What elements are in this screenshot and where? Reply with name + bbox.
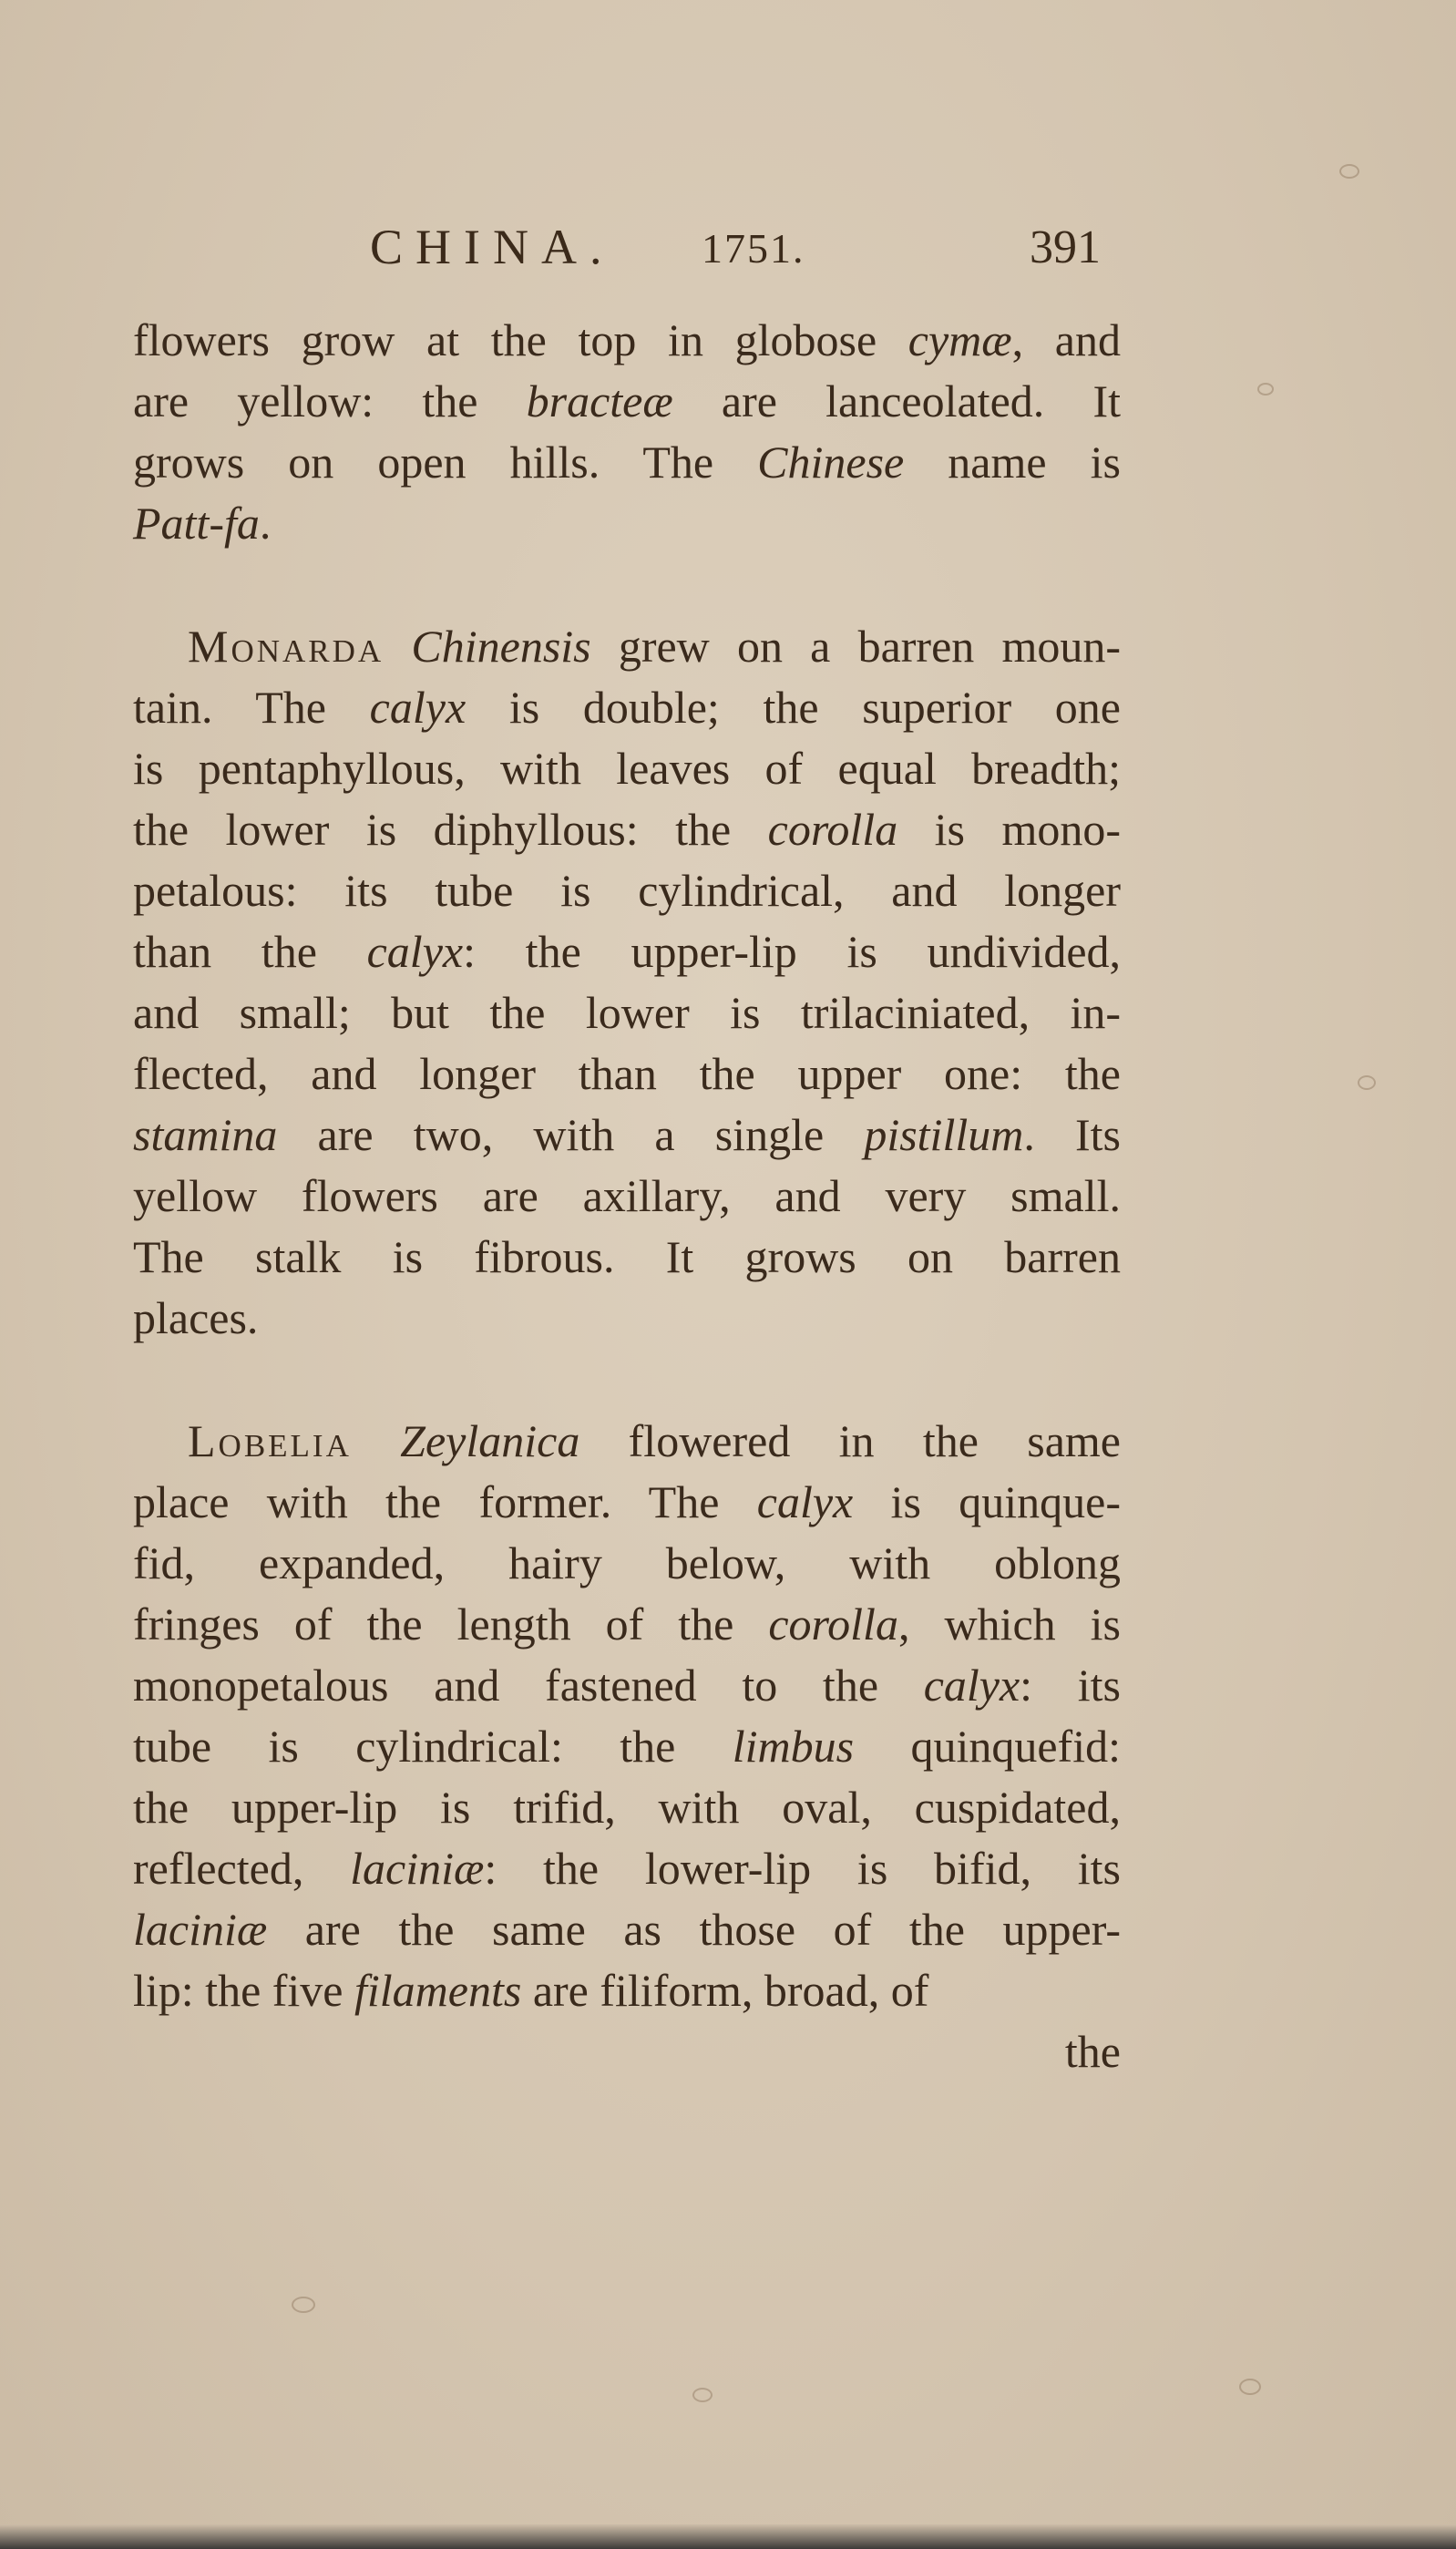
italic-term: stamina — [133, 1109, 277, 1160]
text-line: and small; but the lower is trilaciniate… — [133, 982, 1121, 1043]
genus-name: Monarda — [188, 621, 384, 672]
italic-term: Patt-fa — [133, 498, 260, 549]
italic-term: Chinensis — [411, 621, 590, 672]
text-line: Monarda Chinensis grew on a barren moun- — [133, 616, 1121, 677]
italic-term: calyx — [924, 1660, 1020, 1711]
running-header: CHINA. 1751. 391 — [364, 219, 1130, 283]
catchword: the — [133, 2021, 1121, 2082]
text-line: The stalk is fibrous. It grows on barren — [133, 1227, 1121, 1288]
italic-term: laciniæ — [350, 1843, 484, 1894]
text-line: are yellow: the bracteæ are lanceolated.… — [133, 371, 1121, 432]
italic-term: bracteæ — [527, 375, 673, 427]
text-line: monopetalous and fastened to the calyx: … — [133, 1655, 1121, 1716]
text-line: the lower is diphyllous: the corolla is … — [133, 799, 1121, 860]
foxing-spot — [1239, 2379, 1261, 2395]
page-number: 391 — [1030, 221, 1101, 274]
text-line: place with the former. The calyx is quin… — [133, 1472, 1121, 1533]
text-line: is pentaphyllous, with leaves of equal b… — [133, 738, 1121, 799]
text-line: tube is cylindrical: the limbus quinquef… — [133, 1716, 1121, 1777]
text-line: Patt-fa. — [133, 493, 1121, 554]
paragraph: Monarda Chinensis grew on a barren moun-… — [133, 616, 1121, 1349]
text-line: the upper-lip is trifid, with oval, cusp… — [133, 1777, 1121, 1838]
italic-term: Zeylanica — [400, 1415, 579, 1466]
paragraph: Lobelia Zeylanica flowered in the samepl… — [133, 1411, 1121, 2021]
text-line: stamina are two, with a single pistillum… — [133, 1105, 1121, 1166]
text-line: places. — [133, 1288, 1121, 1349]
foxing-spot — [292, 2297, 315, 2313]
italic-term: Chinese — [757, 437, 904, 488]
foxing-spot — [1339, 164, 1359, 179]
italic-term: laciniæ — [133, 1904, 267, 1955]
book-page: CHINA. 1751. 391 flowers grow at the top… — [0, 0, 1456, 2549]
text-line: lip: the five filaments are filiform, br… — [133, 1960, 1121, 2021]
text-line: laciniæ are the same as those of the upp… — [133, 1899, 1121, 1960]
italic-term: calyx — [367, 926, 463, 977]
text-line: grows on open hills. The Chinese name is — [133, 432, 1121, 493]
italic-term: corolla — [768, 804, 898, 855]
running-title: CHINA. — [370, 219, 615, 275]
italic-term: pistillum — [864, 1109, 1023, 1160]
italic-term: calyx — [757, 1476, 853, 1527]
italic-term: corolla — [768, 1598, 898, 1650]
paragraph-gap — [133, 1349, 1121, 1411]
page-bottom-edge — [0, 2524, 1456, 2549]
foxing-spot — [1358, 1075, 1376, 1090]
text-line: yellow flowers are axillary, and very sm… — [133, 1166, 1121, 1227]
text-line: fringes of the length of the corolla, wh… — [133, 1594, 1121, 1655]
text-line: than the calyx: the upper-lip is undivid… — [133, 921, 1121, 982]
italic-term: limbus — [733, 1721, 854, 1772]
paragraph-gap — [133, 554, 1121, 616]
foxing-spot — [692, 2388, 713, 2402]
text-line: flected, and longer than the upper one: … — [133, 1043, 1121, 1105]
body-text: flowers grow at the top in globose cymæ,… — [133, 310, 1121, 2082]
genus-name: Lobelia — [188, 1415, 352, 1466]
italic-term: cymæ — [908, 314, 1012, 365]
foxing-spot — [1257, 383, 1274, 396]
text-line: petalous: its tube is cylindrical, and l… — [133, 860, 1121, 921]
text-line: reflected, laciniæ: the lower-lip is bif… — [133, 1838, 1121, 1899]
paragraph: flowers grow at the top in globose cymæ,… — [133, 310, 1121, 554]
text-line: flowers grow at the top in globose cymæ,… — [133, 310, 1121, 371]
text-line: tain. The calyx is double; the superior … — [133, 677, 1121, 738]
text-line: Lobelia Zeylanica flowered in the same — [133, 1411, 1121, 1472]
text-line: fid, expanded, hairy below, with oblong — [133, 1533, 1121, 1594]
italic-term: calyx — [370, 682, 466, 733]
italic-term: filaments — [354, 1965, 521, 2016]
header-year: 1751. — [702, 224, 805, 272]
